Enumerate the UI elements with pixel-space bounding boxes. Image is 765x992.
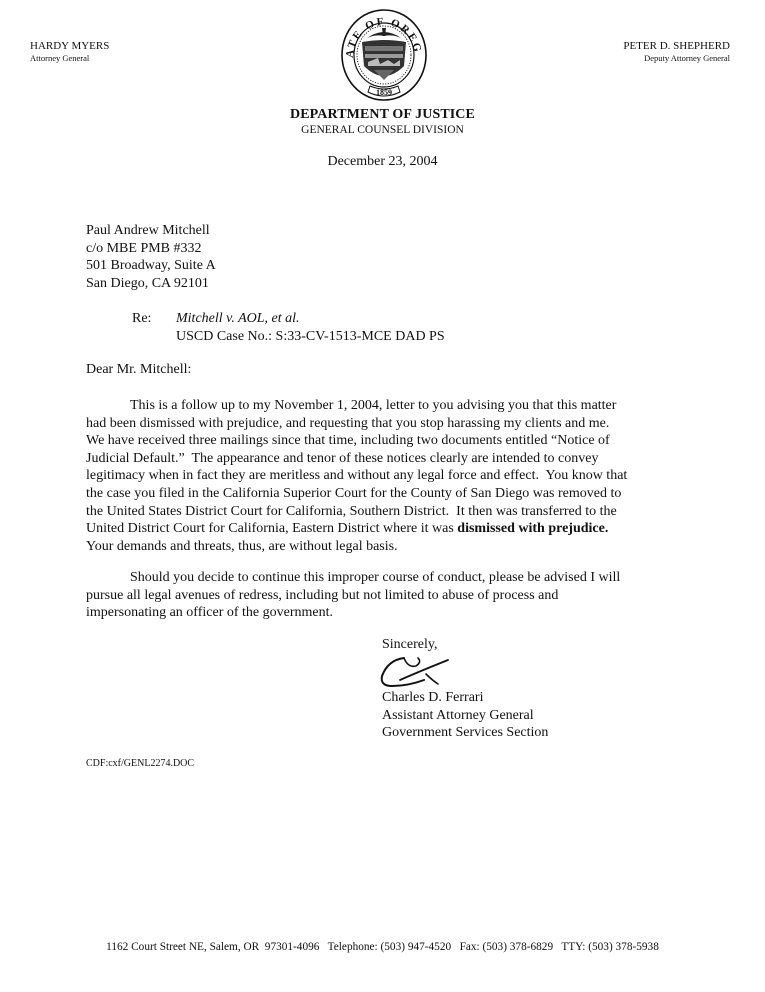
signer-title: Assistant Attorney General xyxy=(382,707,548,725)
body-paragraph-2: Should you decide to continue this impro… xyxy=(86,569,686,622)
attorney-general-name: HARDY MYERS xyxy=(30,40,109,52)
recipient-address-line: 501 Broadway, Suite A xyxy=(86,257,216,275)
department-name: DEPARTMENT OF JUSTICE xyxy=(0,107,765,123)
footer-contact-info: 1162 Court Street NE, Salem, OR 97301-40… xyxy=(0,941,765,953)
re-label: Re: xyxy=(132,310,151,328)
handwritten-signature-icon xyxy=(378,650,458,692)
paragraph-line: United District Court for California, Ea… xyxy=(86,521,457,536)
recipient-address: Paul Andrew Mitchell c/o MBE PMB #332 50… xyxy=(86,222,216,292)
paragraph-line: the case you filed in the California Sup… xyxy=(86,485,686,503)
body-paragraph-1: This is a follow up to my November 1, 20… xyxy=(86,397,686,555)
emphasis-dismissed-with-prejudice: dismissed with prejudice. xyxy=(457,521,608,536)
attorney-general-title: Attorney General xyxy=(30,53,109,63)
signer-name: Charles D. Ferrari xyxy=(382,689,548,707)
re-subject: Mitchell v. AOL, et al. USCD Case No.: S… xyxy=(176,310,445,345)
paragraph-line: impersonating an officer of the governme… xyxy=(86,604,686,622)
case-number: USCD Case No.: S:33-CV-1513-MCE DAD PS xyxy=(176,328,445,346)
svg-text:1859: 1859 xyxy=(376,88,392,97)
letter-date: December 23, 2004 xyxy=(0,154,765,170)
document-reference: CDF:cxf/GENL2274.DOC xyxy=(86,758,194,769)
deputy-attorney-general-name: PETER D. SHEPHERD xyxy=(623,40,730,52)
recipient-address-line: c/o MBE PMB #332 xyxy=(86,240,216,258)
paragraph-line: legitimacy when in fact they are meritle… xyxy=(86,467,686,485)
paragraph-line: We have received three mailings since th… xyxy=(86,432,686,450)
letterhead-left: HARDY MYERS Attorney General xyxy=(30,40,109,63)
letterhead-right: PETER D. SHEPHERD Deputy Attorney Genera… xyxy=(623,40,730,63)
deputy-attorney-general-title: Deputy Attorney General xyxy=(623,53,730,63)
recipient-name: Paul Andrew Mitchell xyxy=(86,222,216,240)
paragraph-line: Judicial Default.” The appearance and te… xyxy=(86,450,686,468)
paragraph-line: This is a follow up to my November 1, 20… xyxy=(130,398,616,413)
paragraph-line: pursue all legal avenues of redress, inc… xyxy=(86,587,686,605)
salutation: Dear Mr. Mitchell: xyxy=(86,361,191,379)
paragraph-line: the United States District Court for Cal… xyxy=(86,503,686,521)
case-title: Mitchell v. AOL, et al. xyxy=(176,310,445,328)
paragraph-line: Should you decide to continue this impro… xyxy=(130,570,620,585)
division-name: GENERAL COUNSEL DIVISION xyxy=(0,124,765,136)
recipient-address-line: San Diego, CA 92101 xyxy=(86,275,216,293)
paragraph-line: Your demands and threats, thus, are with… xyxy=(86,538,686,556)
state-of-oregon-seal-icon: STATE OF OREGON 1859 xyxy=(334,8,434,102)
signature-block: Charles D. Ferrari Assistant Attorney Ge… xyxy=(382,689,548,742)
paragraph-line: had been dismissed with prejudice, and r… xyxy=(86,415,686,433)
signer-section: Government Services Section xyxy=(382,724,548,742)
